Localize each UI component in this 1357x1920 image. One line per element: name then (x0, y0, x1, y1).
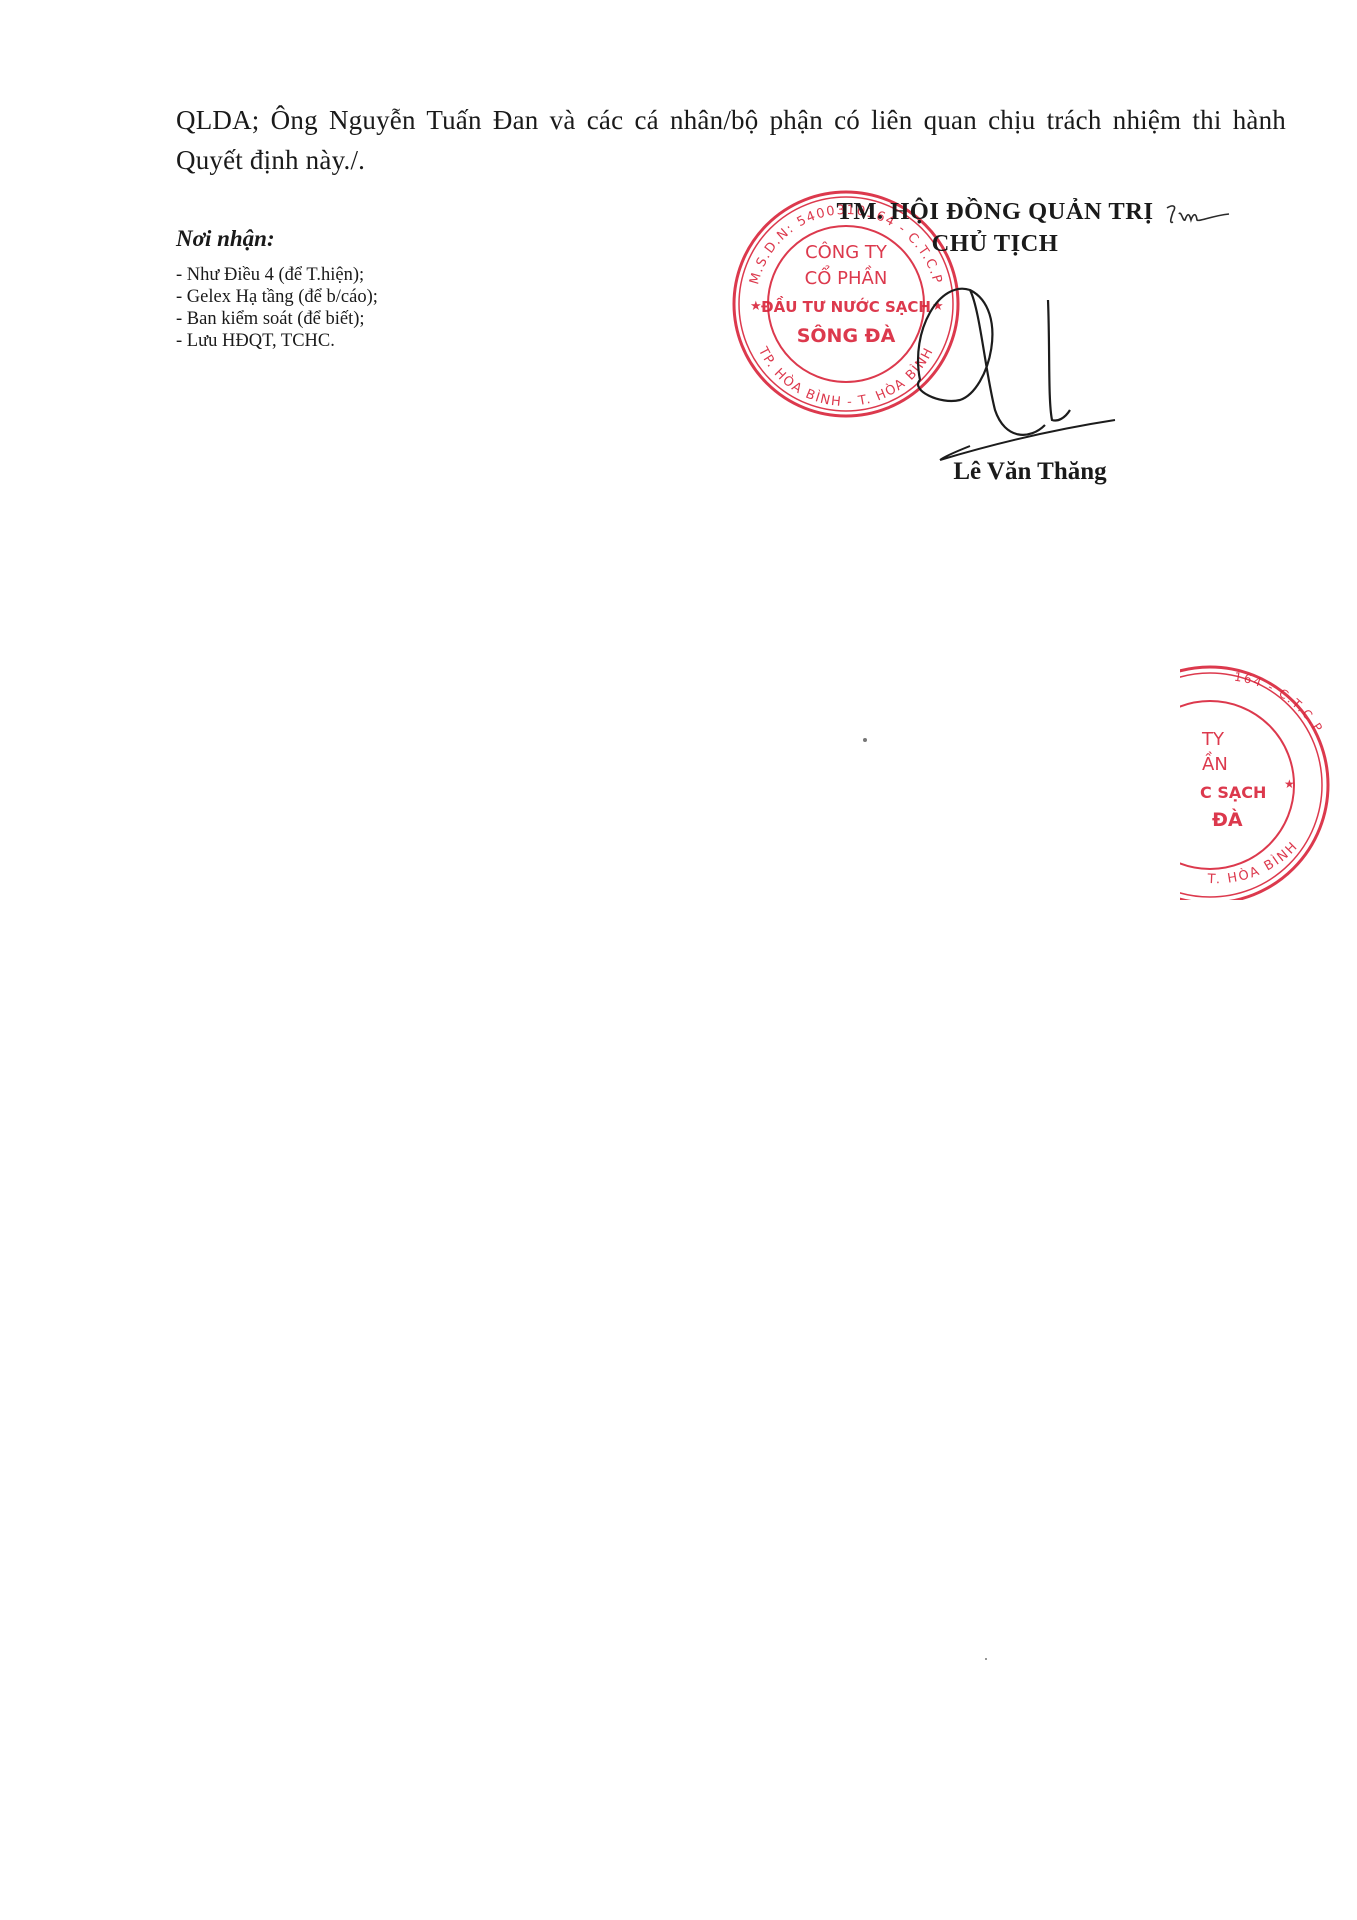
signatory-organization: TM. HỘI ĐỒNG QUẢN TRỊ (760, 195, 1230, 229)
body-paragraph: QLDA; Ông Nguyễn Tuấn Đan và các cá nhân… (176, 100, 1286, 180)
partial-stamp-line: C SẠCH (1200, 783, 1266, 802)
stamp-star-icon: ★ (1284, 777, 1295, 791)
stamp-line: CỔ PHẦN (805, 265, 888, 289)
recipients-section: Nơi nhận: - Như Điều 4 (để T.hiện); - Ge… (176, 226, 378, 352)
recipients-list: - Như Điều 4 (để T.hiện); - Gelex Hạ tần… (176, 264, 378, 352)
partial-stamp-line: ẦN (1202, 751, 1228, 775)
scan-speck (985, 1658, 987, 1660)
partial-stamp-ring-bottom: T. HÒA BÌNH (1206, 838, 1301, 887)
recipients-title: Nơi nhận: (176, 226, 378, 252)
signatory-role: CHỦ TỊCH (760, 229, 1230, 259)
partial-seam-stamp: 164 - C.T.C.P T. HÒA BÌNH ★ TY ẦN C SẠCH… (1180, 660, 1357, 900)
recipient-item: - Gelex Hạ tầng (để b/cáo); (176, 286, 378, 308)
scan-speck (863, 738, 867, 742)
signer-name: Lê Văn Thăng (760, 458, 1300, 486)
partial-stamp-ring-top: 164 - C.T.C.P (1233, 670, 1326, 736)
initials-mark-icon (1163, 200, 1233, 230)
handwritten-signature-icon (900, 270, 1120, 470)
partial-stamp-line: ĐÀ (1212, 808, 1243, 831)
svg-text:164 - C.T.C.P: 164 - C.T.C.P (1233, 670, 1326, 736)
recipient-item: - Như Điều 4 (để T.hiện); (176, 264, 378, 286)
signature-block: TM. HỘI ĐỒNG QUẢN TRỊ CHỦ TỊCH (760, 195, 1230, 259)
stamp-line: SÔNG ĐÀ (797, 323, 896, 347)
stamp-star-icon: ★ (750, 299, 762, 314)
recipient-item: - Ban kiểm soát (để biết); (176, 308, 378, 330)
partial-stamp-line: TY (1201, 729, 1225, 750)
recipient-item: - Lưu HĐQT, TCHC. (176, 330, 378, 352)
svg-text:T. HÒA BÌNH: T. HÒA BÌNH (1206, 838, 1301, 887)
